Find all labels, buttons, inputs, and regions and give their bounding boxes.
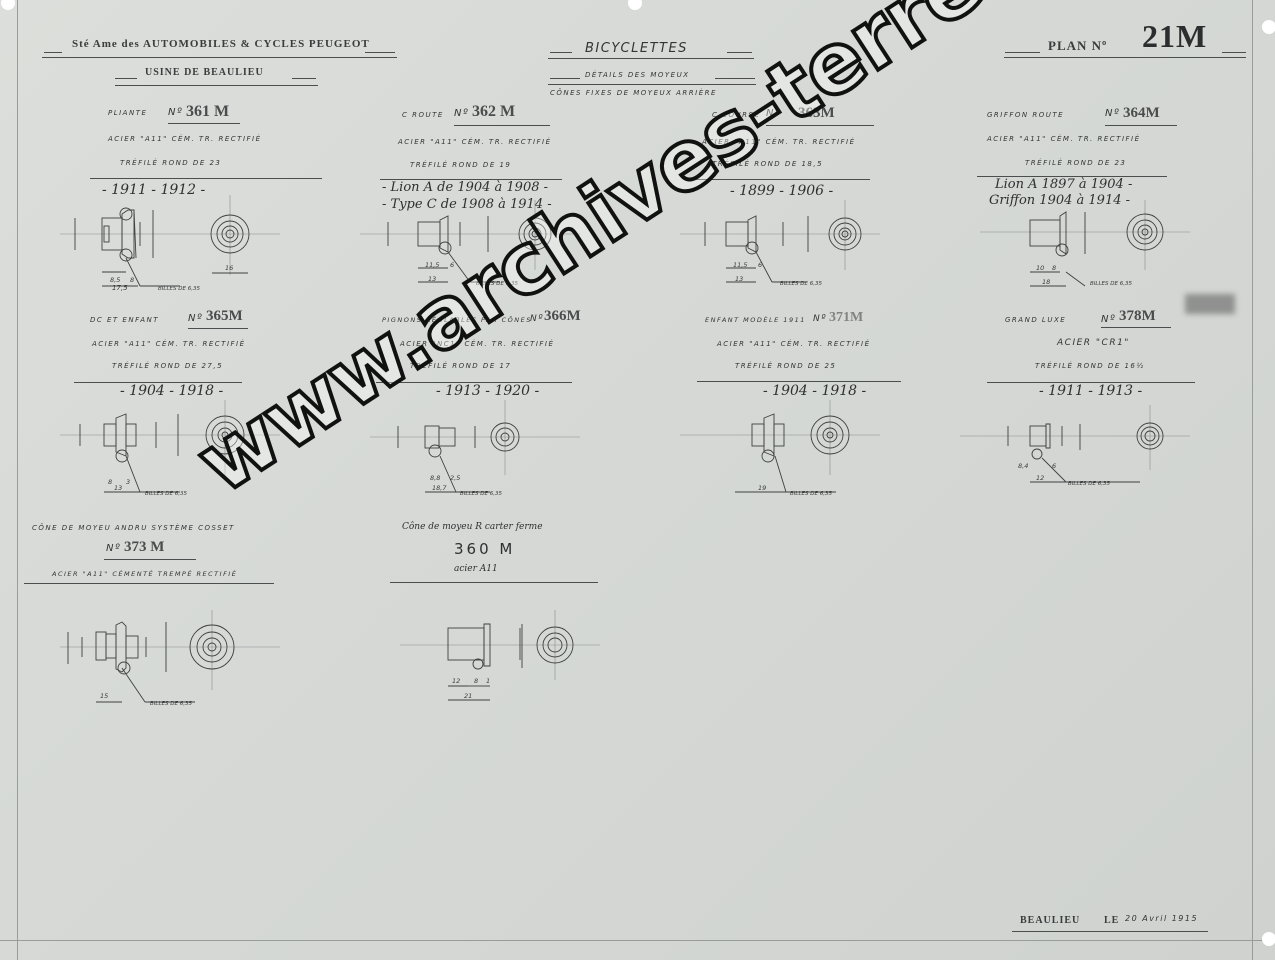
pencil-smudge: [1185, 294, 1235, 314]
svg-text:BILLES DE 6,35: BILLES DE 6,35: [150, 701, 192, 707]
svg-text:21: 21: [464, 692, 472, 700]
svg-text:19: 19: [758, 484, 766, 492]
svg-text:2,5: 2,5: [450, 474, 460, 482]
footer-date: 20 Avril 1915: [1125, 914, 1198, 923]
svg-text:BILLES DE 6,35: BILLES DE 6,35: [1068, 481, 1110, 487]
svg-text:8: 8: [130, 276, 134, 284]
svg-text:11,5: 11,5: [733, 261, 747, 269]
svg-text:10: 10: [1036, 264, 1044, 272]
svg-text:6: 6: [758, 261, 762, 269]
svg-text:8,4: 8,4: [1018, 462, 1028, 470]
svg-text:BILLES DE 6,35: BILLES DE 6,35: [780, 281, 822, 287]
svg-text:BILLES DE 6,35: BILLES DE 6,35: [158, 286, 200, 292]
svg-text:18,7: 18,7: [432, 484, 447, 492]
svg-text:12: 12: [1036, 474, 1044, 482]
svg-text:8,8: 8,8: [430, 474, 440, 482]
svg-text:16: 16: [225, 264, 233, 272]
svg-text:17,5: 17,5: [112, 284, 128, 292]
svg-text:15: 15: [100, 692, 108, 700]
svg-text:1: 1: [486, 677, 490, 685]
footer-rule: [1012, 931, 1208, 932]
dim-label: 8,5: [110, 276, 120, 284]
drawing-sheet: Sté Ame des AUTOMOBILES & CYCLES PEUGEOT…: [0, 0, 1275, 960]
svg-text:13: 13: [114, 484, 122, 492]
svg-text:3: 3: [126, 478, 130, 486]
svg-text:18: 18: [1042, 278, 1050, 286]
footer-date-label: LE: [1104, 915, 1119, 926]
footer-place: BEAULIEU: [1020, 915, 1080, 926]
svg-text:13: 13: [735, 275, 743, 283]
svg-text:BILLES DE 6,35: BILLES DE 6,35: [460, 491, 502, 497]
svg-text:12: 12: [452, 677, 460, 685]
svg-text:6: 6: [1052, 462, 1056, 470]
svg-text:8: 8: [474, 677, 478, 685]
svg-text:BILLES DE 6,35: BILLES DE 6,35: [145, 491, 187, 497]
svg-text:8: 8: [108, 478, 112, 486]
svg-text:8: 8: [1052, 264, 1056, 272]
svg-text:BILLES DE 6,35: BILLES DE 6,35: [790, 491, 832, 497]
svg-text:BILLES DE 6,35: BILLES DE 6,35: [1090, 281, 1132, 287]
